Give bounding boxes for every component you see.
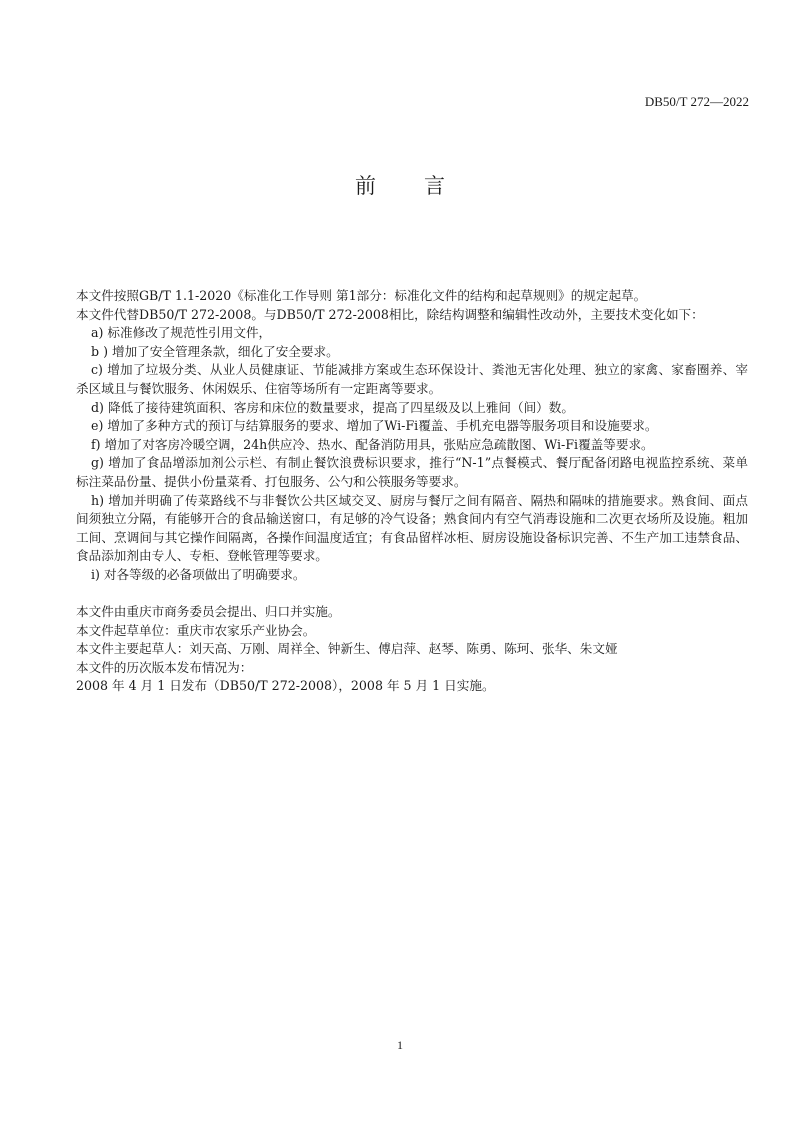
history-intro: 本文件的历次版本发布情况为： [76,659,748,678]
main-drafters: 本文件主要起草人：刘天高、万刚、周祥全、钟新生、傅启萍、赵琴、陈勇、陈珂、张华、… [76,640,748,659]
history-entry: 2008 年 4 月 1 日发布（DB50/T 272-2008），2008 年… [76,677,748,696]
change-item-g: g) 增加了食品增添加剂公示栏、有制止餐饮浪费标识要求，推行“N-1”点餐模式、… [76,454,748,491]
page-title: 前言 [0,170,800,200]
proposer-statement: 本文件由重庆市商务委员会提出、归口并实施。 [76,603,748,622]
change-item-c: c) 增加了垃圾分类、从业人员健康证、节能减排方案或生态环保设计、粪池无害化处理… [76,361,748,398]
foreword-body: 本文件按照GB/T 1.1-2020《标准化工作导则 第1部分：标准化文件的结构… [76,287,748,696]
change-item-f: f) 增加了对客房冷暖空调，24h供应冷、热水、配备消防用具，张贴应急疏散图、W… [76,436,748,455]
title-char-1: 前 [355,170,376,200]
change-item-d: d) 降低了接待建筑面积、客房和床位的数量要求，提高了四星级及以上雅间（间）数。 [76,399,748,418]
change-item-e: e) 增加了多种方式的预订与结算服务的要求、增加了Wi-Fi覆盖、手机充电器等服… [76,417,748,436]
change-item-h: h) 增加并明确了传菜路线不与非餐饮公共区域交叉、厨房与餐厅之间有隔音、隔热和隔… [76,492,748,566]
replacement-statement: 本文件代替DB50/T 272-2008。与DB50/T 272-2008相比，… [76,306,748,325]
drafting-unit: 本文件起草单位：重庆市农家乐产业协会。 [76,622,748,641]
drafting-basis: 本文件按照GB/T 1.1-2020《标准化工作导则 第1部分：标准化文件的结构… [76,287,748,306]
change-item-a: a) 标准修改了规范性引用文件， [76,324,748,343]
change-item-b: b ) 增加了安全管理条款，细化了安全要求。 [76,343,748,362]
page-number: 1 [0,1038,800,1053]
document-code: DB50/T 272—2022 [645,94,749,110]
change-item-i: i) 对各等级的必备项做出了明确要求。 [76,566,748,585]
title-char-2: 言 [424,170,445,200]
